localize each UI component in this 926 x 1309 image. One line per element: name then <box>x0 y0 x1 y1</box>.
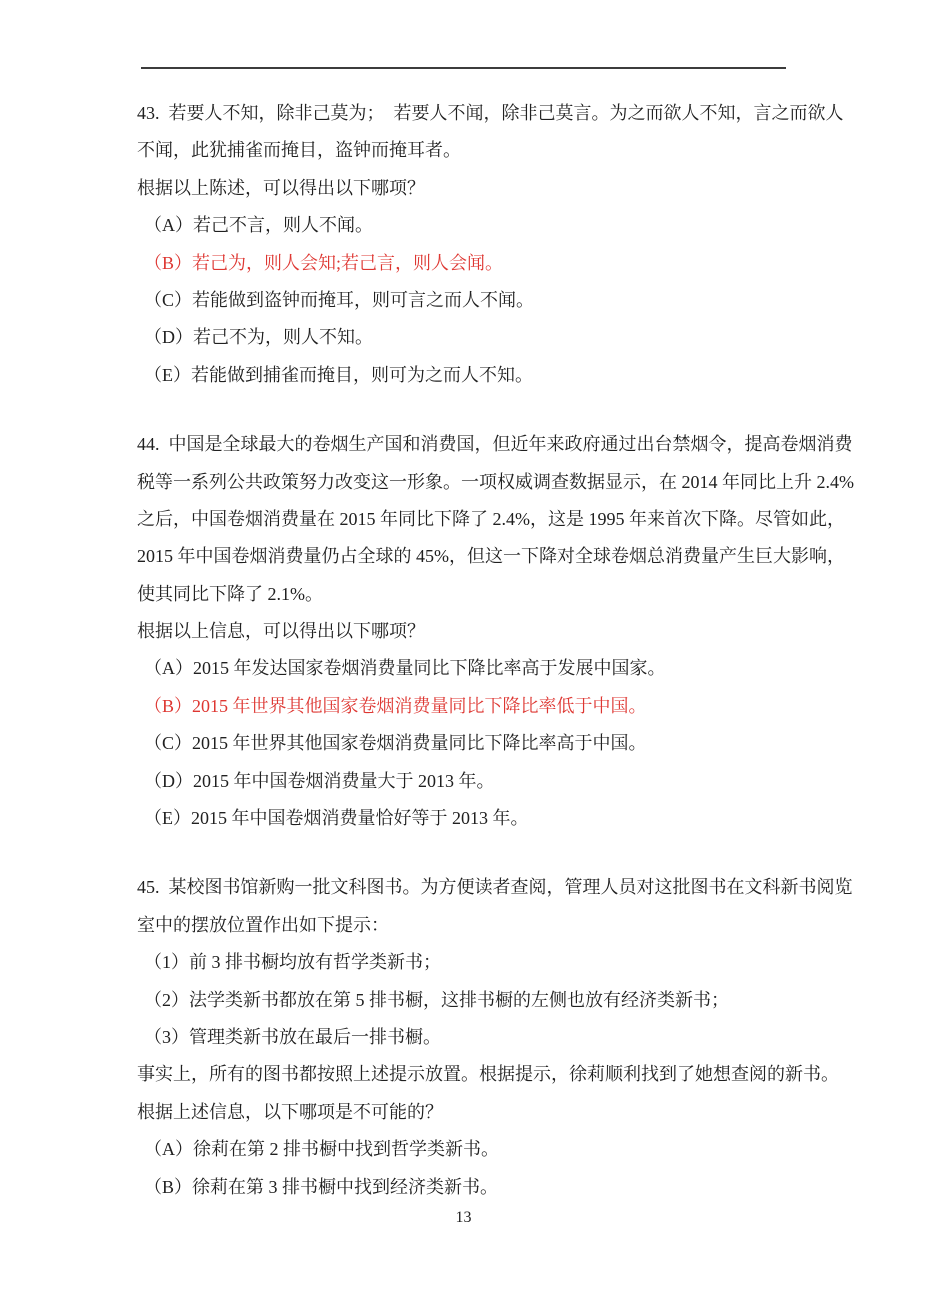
stem-line: 税等一系列公共政策努力改变这一形象。一项权威调查数据显示，在 2014 年同比上… <box>137 464 827 501</box>
option-line: （B）2015 年世界其他国家卷烟消费量同比下降比率低于中国。 <box>137 688 827 725</box>
option-line: （A）若己不言，则人不闻。 <box>137 207 827 244</box>
stem-line: 之后，中国卷烟消费量在 2015 年同比下降了 2.4%，这是 1995 年来首… <box>137 501 827 538</box>
question-45-fact: 事实上，所有的图书都按照上述提示放置。根据提示，徐莉顺利找到了她想查阅的新书。 <box>137 1056 827 1093</box>
question-45: 45. 某校图书馆新购一批文科图书。为方便读者查阅，管理人员对这批图书在文科新书… <box>137 869 827 1206</box>
question-43: 43. 若要人不知，除非己莫为； 若要人不闻，除非己莫言。为之而欲人不知，言之而… <box>137 95 827 394</box>
question-45-stem: 45. 某校图书馆新购一批文科图书。为方便读者查阅，管理人员对这批图书在文科新书… <box>137 869 827 944</box>
stem-line: 使其同比下降了 2.1%。 <box>137 576 827 613</box>
question-44-prompt: 根据以上信息，可以得出以下哪项？ <box>137 613 827 650</box>
condition-line: （2）法学类新书都放在第 5 排书橱，这排书橱的左侧也放有经济类新书； <box>137 982 827 1019</box>
question-43-stem: 43. 若要人不知，除非己莫为； 若要人不闻，除非己莫言。为之而欲人不知，言之而… <box>137 95 827 170</box>
question-44: 44. 中国是全球最大的卷烟生产国和消费国，但近年来政府通过出台禁烟令，提高卷烟… <box>137 426 827 837</box>
condition-line: （3）管理类新书放在最后一排书橱。 <box>137 1019 827 1056</box>
stem-line: 43. 若要人不知，除非己莫为； 若要人不闻，除非己莫言。为之而欲人不知，言之而… <box>137 95 827 132</box>
option-line: （E）若能做到捕雀而掩目，则可为之而人不知。 <box>137 357 827 394</box>
option-line: （A）2015 年发达国家卷烟消费量同比下降比率高于发展中国家。 <box>137 650 827 687</box>
option-line: （E）2015 年中国卷烟消费量恰好等于 2013 年。 <box>137 800 827 837</box>
question-45-conditions: （1）前 3 排书橱均放有哲学类新书； （2）法学类新书都放在第 5 排书橱，这… <box>137 944 827 1056</box>
option-line: （D）若己不为，则人不知。 <box>137 319 827 356</box>
stem-line: 44. 中国是全球最大的卷烟生产国和消费国，但近年来政府通过出台禁烟令，提高卷烟… <box>137 426 827 463</box>
header-divider-rule <box>141 67 786 69</box>
condition-line: （1）前 3 排书橱均放有哲学类新书； <box>137 944 827 981</box>
question-43-prompt: 根据以上陈述，可以得出以下哪项？ <box>137 170 827 207</box>
question-44-options: （A）2015 年发达国家卷烟消费量同比下降比率高于发展中国家。 （B）2015… <box>137 650 827 837</box>
stem-line: 不闻，此犹捕雀而掩目，盗钟而掩耳者。 <box>137 132 827 169</box>
stem-line: 2015 年中国卷烟消费量仍占全球的 45%，但这一下降对全球卷烟总消费量产生巨… <box>137 538 827 575</box>
option-line: （B）徐莉在第 3 排书橱中找到经济类新书。 <box>137 1169 827 1206</box>
question-45-options: （A）徐莉在第 2 排书橱中找到哲学类新书。 （B）徐莉在第 3 排书橱中找到经… <box>137 1131 827 1206</box>
document-page: 43. 若要人不知，除非己莫为； 若要人不闻，除非己莫言。为之而欲人不知，言之而… <box>0 0 926 1309</box>
page-number: 13 <box>137 1206 790 1230</box>
question-45-prompt: 根据上述信息，以下哪项是不可能的？ <box>137 1094 827 1131</box>
option-line: （A）徐莉在第 2 排书橱中找到哲学类新书。 <box>137 1131 827 1168</box>
option-line: （C）若能做到盗钟而掩耳，则可言之而人不闻。 <box>137 282 827 319</box>
question-43-options: （A）若己不言，则人不闻。 （B）若己为，则人会知;若己言，则人会闻。 （C）若… <box>137 207 827 394</box>
option-line: （C）2015 年世界其他国家卷烟消费量同比下降比率高于中国。 <box>137 725 827 762</box>
stem-line: 室中的摆放位置作出如下提示： <box>137 907 827 944</box>
option-line: （B）若己为，则人会知;若己言，则人会闻。 <box>137 245 827 282</box>
page-content: 43. 若要人不知，除非己莫为； 若要人不闻，除非己莫言。为之而欲人不知，言之而… <box>137 95 827 1206</box>
stem-line: 45. 某校图书馆新购一批文科图书。为方便读者查阅，管理人员对这批图书在文科新书… <box>137 869 827 906</box>
question-44-stem: 44. 中国是全球最大的卷烟生产国和消费国，但近年来政府通过出台禁烟令，提高卷烟… <box>137 426 827 613</box>
option-line: （D）2015 年中国卷烟消费量大于 2013 年。 <box>137 763 827 800</box>
